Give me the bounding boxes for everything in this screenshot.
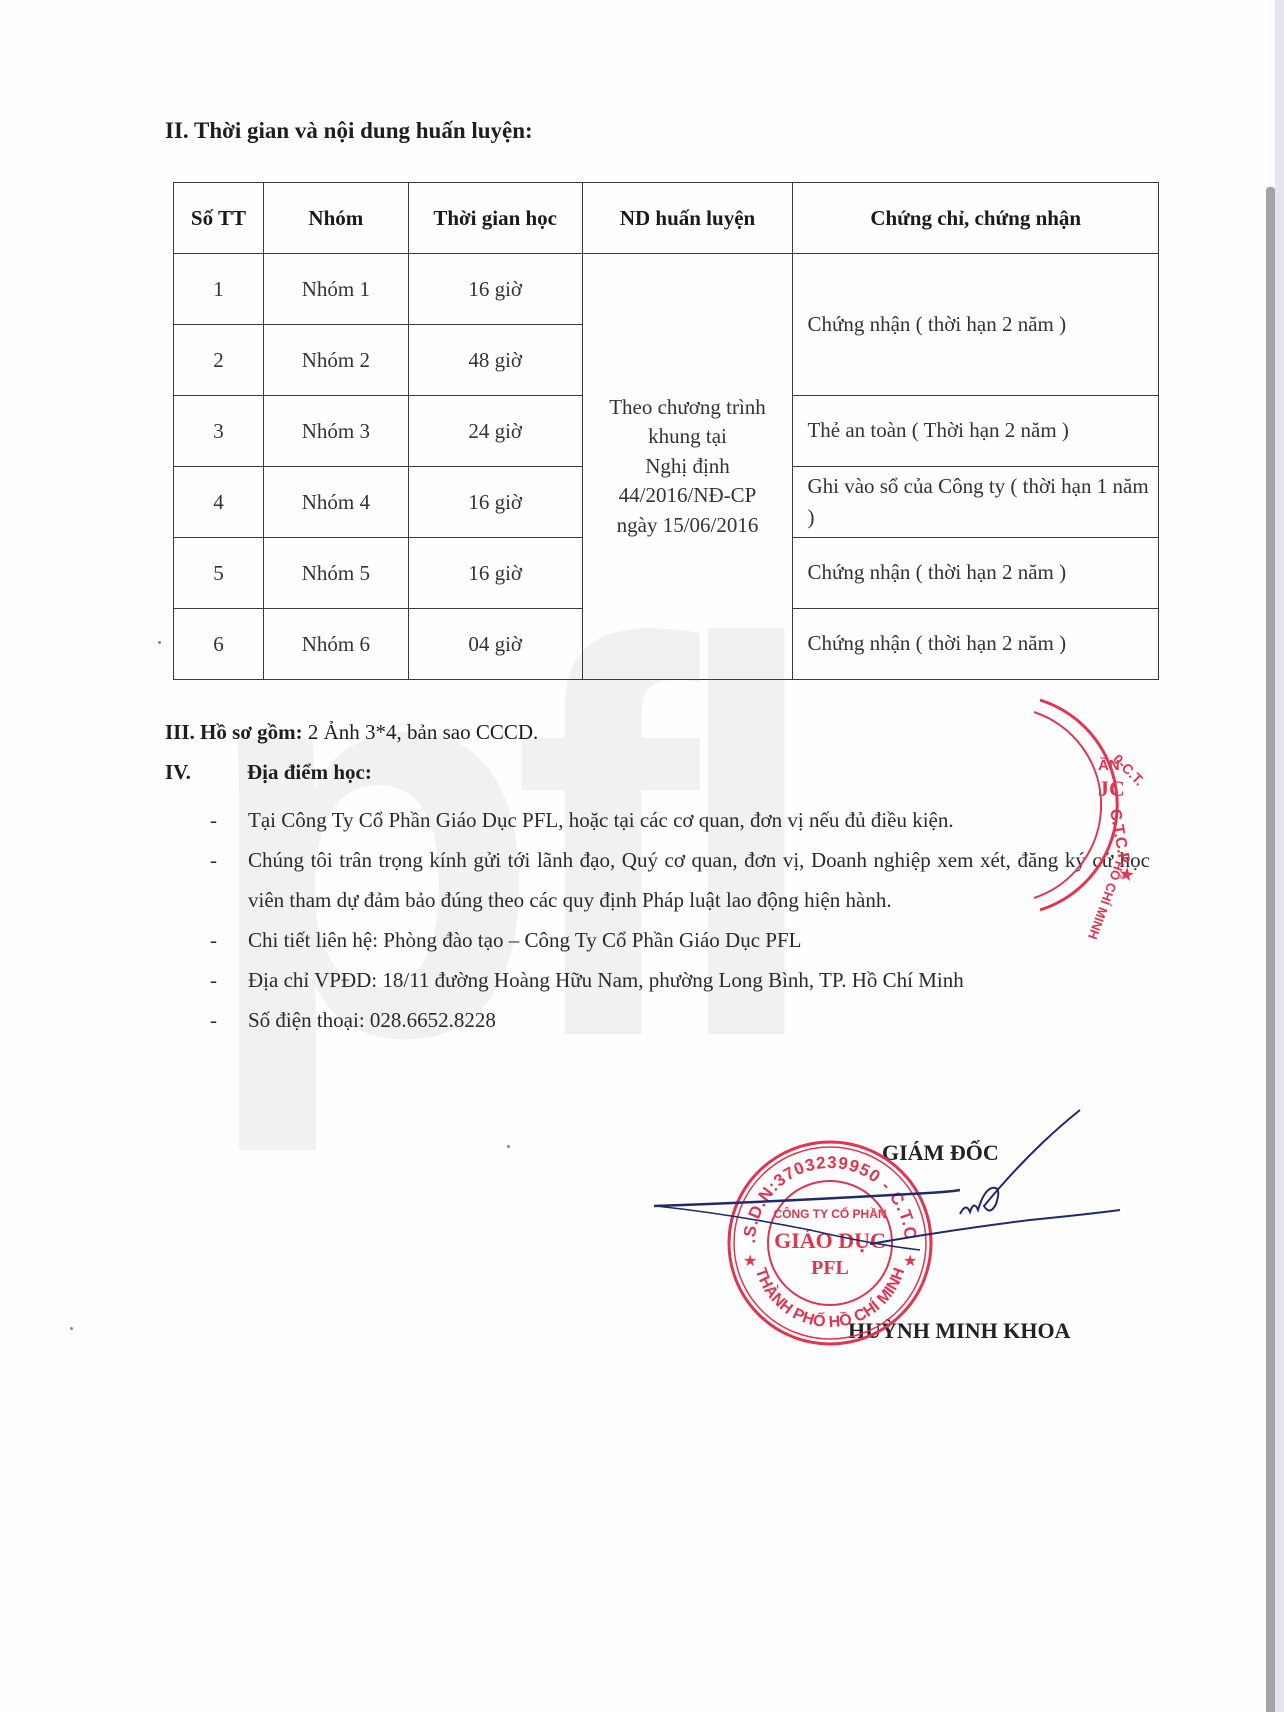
bullet-dash: -: [210, 840, 248, 920]
cell-stt: 2: [174, 325, 264, 396]
cell-stt: 5: [174, 538, 264, 609]
cell-certificate: Chứng nhận ( thời hạn 2 năm ): [793, 609, 1159, 680]
section-2-heading: II. Thời gian và nội dung huấn luyện:: [165, 118, 533, 144]
list-item: - Số điện thoại: 028.6652.8228: [210, 1000, 1150, 1040]
bullet-text: Tại Công Ty Cổ Phần Giáo Dục PFL, hoặc t…: [248, 800, 1150, 840]
bullet-dash: -: [210, 920, 248, 960]
header-certificate: Chứng chỉ, chứng nhận: [793, 183, 1159, 254]
cell-stt: 3: [174, 396, 264, 467]
cell-hours: 16 giờ: [408, 467, 582, 538]
table-row: 1 Nhóm 1 16 giờ Theo chương trình khung …: [174, 254, 1159, 325]
bullet-dash: -: [210, 800, 248, 840]
bullet-text: Chúng tôi trân trọng kính gửi tới lãnh đ…: [248, 840, 1150, 920]
content-line: khung tại: [589, 422, 787, 451]
scan-speck: [507, 1145, 510, 1148]
cell-certificate: Ghi vào sổ của Công ty ( thời hạn 1 năm …: [793, 467, 1159, 538]
cell-hours: 16 giờ: [408, 254, 582, 325]
cell-group: Nhóm 1: [263, 254, 408, 325]
header-group: Nhóm: [263, 183, 408, 254]
bullet-text: Chi tiết liên hệ: Phòng đào tạo – Công T…: [248, 920, 1150, 960]
cell-certificate: Chứng nhận ( thời hạn 2 năm ): [793, 254, 1159, 396]
cell-hours: 48 giờ: [408, 325, 582, 396]
scrollbar-thumb[interactable]: [1266, 187, 1275, 1712]
section-4-number: IV.: [165, 760, 247, 785]
cell-certificate: Thẻ an toàn ( Thời hạn 2 năm ): [793, 396, 1159, 467]
cell-group: Nhóm 2: [263, 325, 408, 396]
bullet-dash: -: [210, 1000, 248, 1040]
company-stamp-partial: C.T.C.P ★ HỒ CHÍ MINH 0-C.T. . ẦN JC: [1020, 690, 1140, 920]
location-bullet-list: - Tại Công Ty Cổ Phần Giáo Dục PFL, hoặc…: [210, 800, 1150, 1040]
cell-training-content: Theo chương trình khung tại Nghị định 44…: [582, 254, 793, 680]
section-4-heading: IV.Địa điểm học:: [165, 760, 372, 785]
list-item: - Chúng tôi trân trọng kính gửi tới lãnh…: [210, 840, 1150, 920]
list-item: - Tại Công Ty Cổ Phần Giáo Dục PFL, hoặc…: [210, 800, 1150, 840]
content-line: Theo chương trình: [589, 393, 787, 422]
header-hours: Thời gian học: [408, 183, 582, 254]
svg-text:ẦN: ẦN: [1098, 757, 1120, 774]
section-4-title: Địa điểm học:: [247, 760, 372, 784]
list-item: - Chi tiết liên hệ: Phòng đào tạo – Công…: [210, 920, 1150, 960]
scan-speck: [158, 641, 161, 644]
bullet-text: Địa chỉ VPĐD: 18/11 đường Hoàng Hữu Nam,…: [248, 960, 1150, 1000]
svg-text:JC: JC: [1098, 776, 1125, 801]
signature-scribble: [650, 1110, 1130, 1250]
svg-text:PFL: PFL: [811, 1257, 849, 1279]
svg-text:★: ★: [743, 1253, 757, 1270]
cell-stt: 4: [174, 467, 264, 538]
content-line: ngày 15/06/2016: [589, 511, 787, 540]
cell-stt: 1: [174, 254, 264, 325]
section-3-label: III. Hồ sơ gồm:: [165, 720, 303, 744]
list-item: - Địa chỉ VPĐD: 18/11 đường Hoàng Hữu Na…: [210, 960, 1150, 1000]
cell-group: Nhóm 4: [263, 467, 408, 538]
bullet-dash: -: [210, 960, 248, 1000]
header-stt: Số TT: [174, 183, 264, 254]
cell-hours: 16 giờ: [408, 538, 582, 609]
svg-text:★: ★: [903, 1253, 917, 1270]
cell-stt: 6: [174, 609, 264, 680]
scrollbar-track[interactable]: [1275, 0, 1284, 1712]
cell-group: Nhóm 5: [263, 538, 408, 609]
cell-group: Nhóm 6: [263, 609, 408, 680]
content-line: Nghị định: [589, 452, 787, 481]
table-header-row: Số TT Nhóm Thời gian học ND huấn luyện C…: [174, 183, 1159, 254]
content-line: 44/2016/NĐ-CP: [589, 481, 787, 510]
cell-certificate: Chứng nhận ( thời hạn 2 năm ): [793, 538, 1159, 609]
section-3-documents: III. Hồ sơ gồm: 2 Ảnh 3*4, bản sao CCCD.: [165, 720, 538, 745]
bullet-text: Số điện thoại: 028.6652.8228: [248, 1000, 1150, 1040]
cell-hours: 24 giờ: [408, 396, 582, 467]
section-3-text: 2 Ảnh 3*4, bản sao CCCD.: [303, 720, 539, 744]
scan-speck: [70, 1327, 73, 1330]
cell-group: Nhóm 3: [263, 396, 408, 467]
document-page: pfl II. Thời gian và nội dung huấn luyện…: [0, 0, 1266, 1712]
cell-hours: 04 giờ: [408, 609, 582, 680]
training-schedule-table: Số TT Nhóm Thời gian học ND huấn luyện C…: [173, 182, 1159, 680]
header-content: ND huấn luyện: [582, 183, 793, 254]
